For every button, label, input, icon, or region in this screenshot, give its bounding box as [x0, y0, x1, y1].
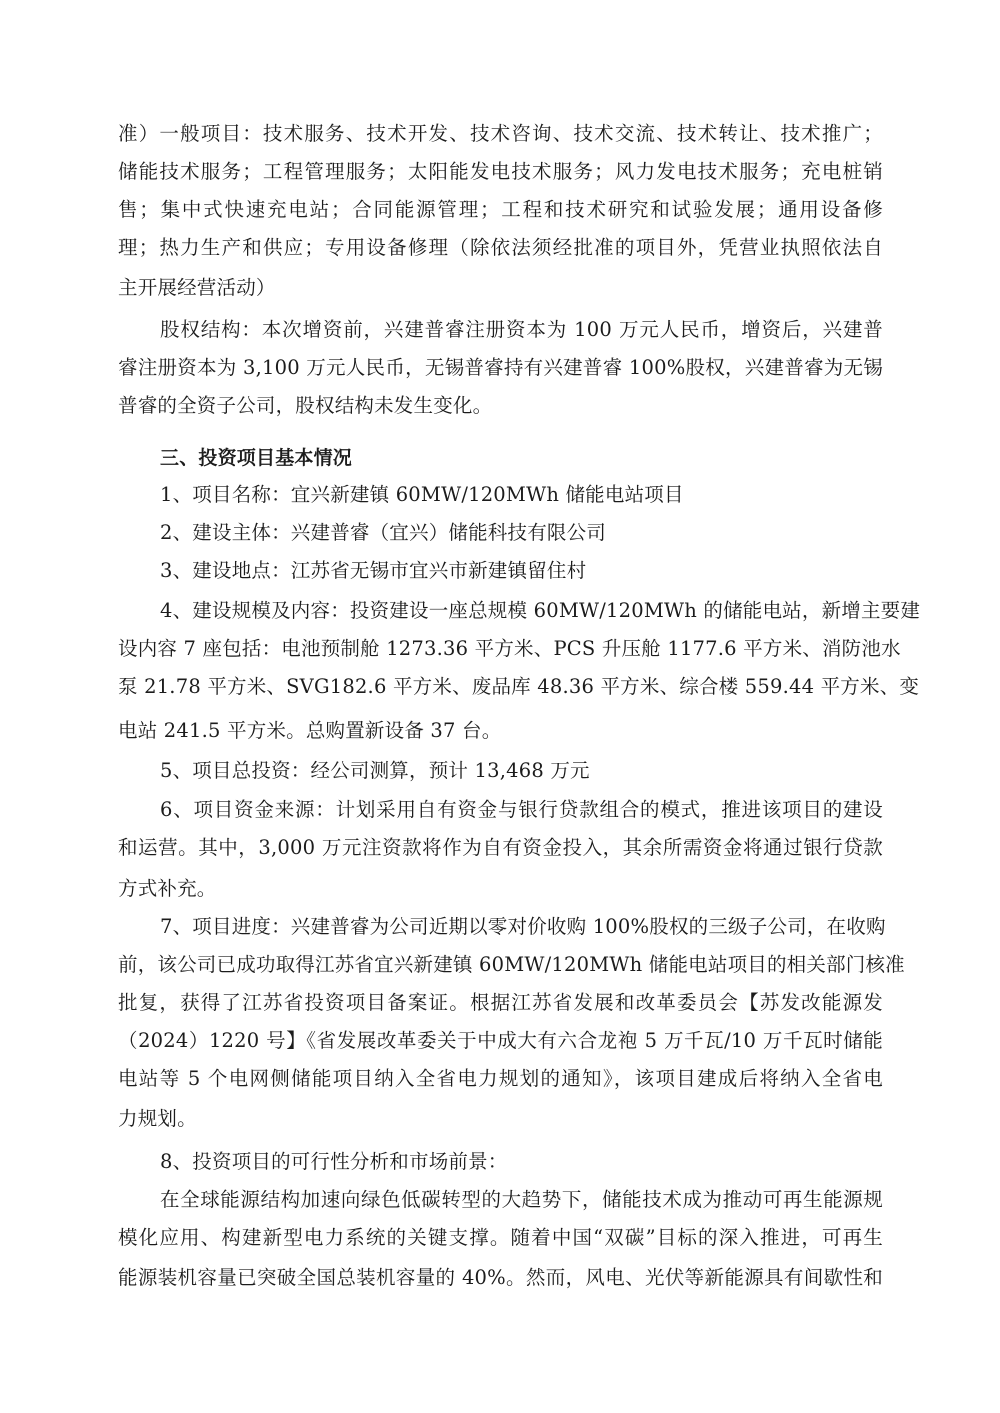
text-line: 6、项目资金来源：计划采用自有资金与银行贷款组合的模式，推进该项目的建设	[160, 795, 883, 825]
text-line: 前，该公司已成功取得江苏省宜兴新建镇 60MW/120MWh 储能电站项目的相关…	[118, 950, 883, 980]
text-line: 理；热力生产和供应；专用设备修理（除依法须经批准的项目外，凭营业执照依法自	[118, 233, 883, 263]
text-line: 泵 21.78 平方米、SVG182.6 平方米、废品库 48.36 平方米、综…	[118, 672, 883, 702]
text-line: 力规划。	[118, 1104, 883, 1134]
text-line: 主开展经营活动）	[118, 273, 883, 303]
text-line: 售；集中式快速充电站；合同能源管理；工程和技术研究和试验发展；通用设备修	[118, 195, 883, 225]
text-line: 和运营。其中，3,000 万元注资款将作为自有资金投入，其余所需资金将通过银行贷…	[118, 833, 883, 863]
text-line: 设内容 7 座包括：电池预制舱 1273.36 平方米、PCS 升压舱 1177…	[118, 634, 883, 664]
text-line: 7、项目进度：兴建普睿为公司近期以零对价收购 100%股权的三级子公司，在收购	[160, 912, 883, 942]
text-line: 5、项目总投资：经公司测算，预计 13,468 万元	[160, 756, 883, 786]
text-line: 3、建设地点：江苏省无锡市宜兴市新建镇留住村	[160, 556, 883, 586]
text-line: 4、建设规模及内容：投资建设一座总规模 60MW/120MWh 的储能电站，新增…	[160, 596, 883, 626]
text-line: 股权结构：本次增资前，兴建普睿注册资本为 100 万元人民币，增资后，兴建普	[160, 315, 883, 345]
text-line: 模化应用、构建新型电力系统的关键支撑。随着中国“双碳”目标的深入推进，可再生	[118, 1223, 883, 1253]
text-line: 在全球能源结构加速向绿色低碳转型的大趋势下，储能技术成为推动可再生能源规	[160, 1185, 883, 1215]
text-line: 电站等 5 个电网侧储能项目纳入全省电力规划的通知》，该项目建成后将纳入全省电	[118, 1064, 883, 1094]
text-line: 1、项目名称：宜兴新建镇 60MW/120MWh 储能电站项目	[160, 480, 883, 510]
text-line: 方式补充。	[118, 874, 883, 904]
text-line: 批复，获得了江苏省投资项目备案证。根据江苏省发展和改革委员会【苏发改能源发	[118, 988, 883, 1018]
text-line: 睿注册资本为 3,100 万元人民币，无锡普睿持有兴建普睿 100%股权，兴建普…	[118, 353, 883, 383]
section-heading: 三、投资项目基本情况	[160, 443, 883, 473]
text-line: （2024）1220 号】《省发展改革委关于中成大有六合龙袍 5 万千瓦/10 …	[118, 1026, 883, 1056]
text-line: 普睿的全资子公司，股权结构未发生变化。	[118, 391, 883, 421]
text-line: 储能技术服务；工程管理服务；太阳能发电技术服务；风力发电技术服务；充电桩销	[118, 157, 883, 187]
text-line: 准）一般项目：技术服务、技术开发、技术咨询、技术交流、技术转让、技术推广；	[118, 119, 883, 149]
text-line: 电站 241.5 平方米。总购置新设备 37 台。	[118, 716, 883, 746]
text-line: 能源装机容量已突破全国总装机容量的 40%。然而，风电、光伏等新能源具有间歇性和	[118, 1263, 883, 1293]
document-page: 准）一般项目：技术服务、技术开发、技术咨询、技术交流、技术转让、技术推广；储能技…	[0, 0, 1000, 1413]
text-line: 8、投资项目的可行性分析和市场前景：	[160, 1147, 883, 1177]
text-line: 2、建设主体：兴建普睿（宜兴）储能科技有限公司	[160, 518, 883, 548]
